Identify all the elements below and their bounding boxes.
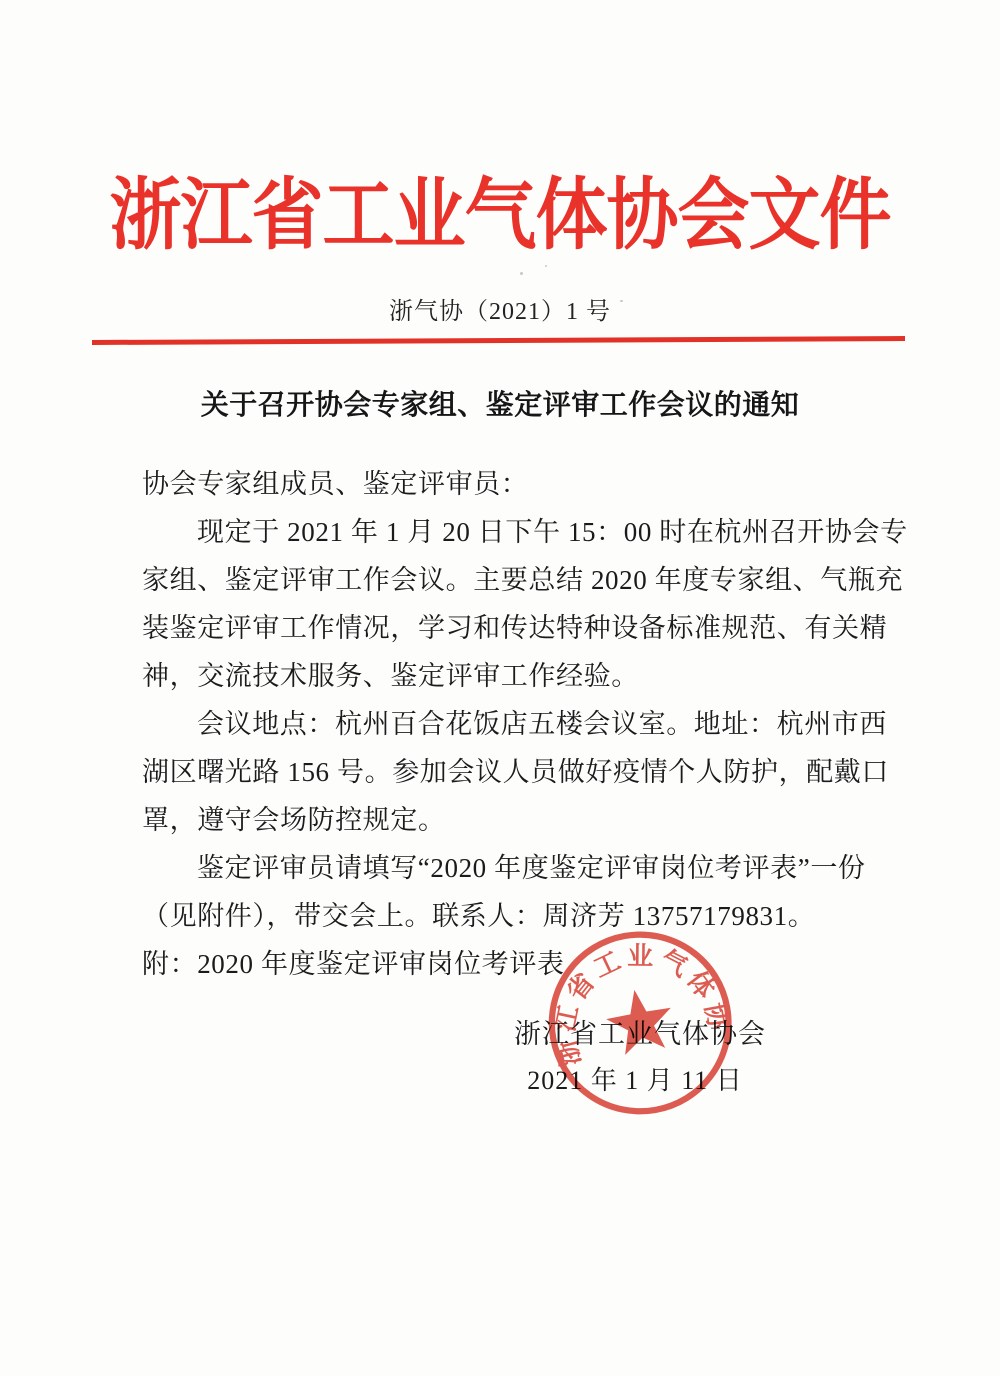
body-line: 罩，遵守会场防控规定。 (142, 796, 872, 844)
scan-speck (520, 272, 523, 275)
attachment-line: 附：2020 年度鉴定评审岗位考评表 (142, 940, 872, 988)
issue-date: 2021 年 1 月 11 日 (440, 1060, 830, 1097)
body-line: （见附件），带交会上。联系人：周济芳 13757179831。 (142, 892, 872, 940)
letterhead-title: 浙江省工业气体协会文件 (0, 152, 1000, 264)
body-line: 现定于 2021 年 1 月 20 日下午 15：00 时在杭州召开协会专 (142, 508, 872, 556)
notice-title: 关于召开协会专家组、鉴定评审工作会议的通知 (0, 383, 1000, 423)
body-line: 装鉴定评审工作情况，学习和传达特种设备标准规范、有关精 (142, 604, 872, 652)
document-number: 浙气协（2021）1 号 (0, 291, 1000, 326)
body-line: 神，交流技术服务、鉴定评审工作经验。 (142, 652, 872, 700)
red-divider-rule (92, 336, 905, 345)
notice-body: 协会专家组成员、鉴定评审员： 现定于 2021 年 1 月 20 日下午 15：… (142, 460, 872, 988)
scan-speck (545, 265, 547, 267)
issuer-signature: 浙江省工业气体协会 (440, 1012, 840, 1051)
body-line: 会议地点：杭州百合花饭店五楼会议室。地址：杭州市西 (142, 700, 872, 748)
document-page: 浙江省工业气体协会文件 浙气协（2021）1 号 关于召开协会专家组、鉴定评审工… (0, 0, 1000, 1376)
body-line: 鉴定评审员请填写“2020 年度鉴定评审岗位考评表”一份 (142, 844, 872, 892)
body-line: 家组、鉴定评审工作会议。主要总结 2020 年度专家组、气瓶充 (142, 556, 872, 604)
salutation-line: 协会专家组成员、鉴定评审员： (142, 460, 872, 508)
body-line: 湖区曙光路 156 号。参加会议人员做好疫情个人防护，配戴口 (142, 748, 872, 796)
